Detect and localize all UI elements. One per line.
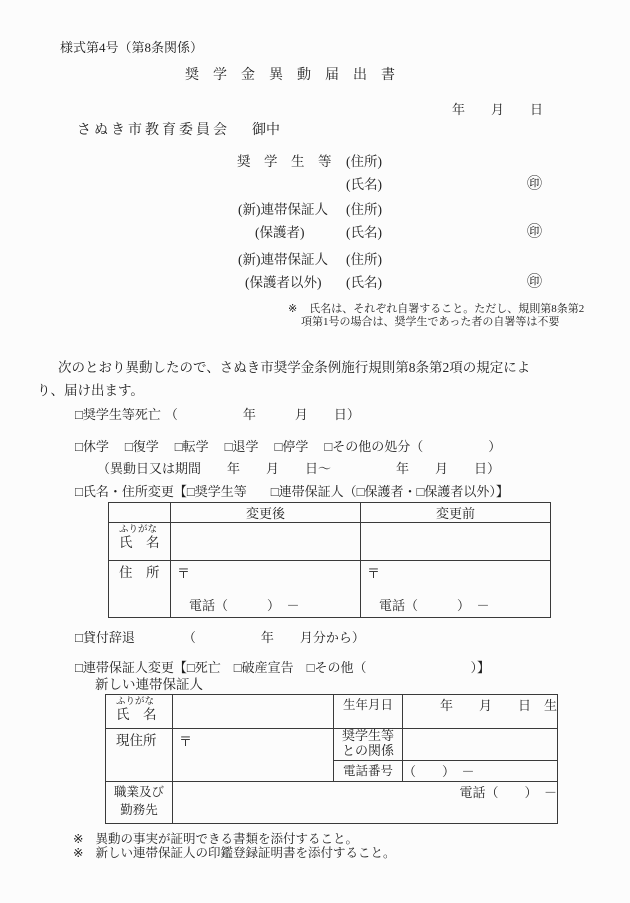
signature-note-line1: ※氏名は、それぞれ自署すること。ただし、規則第8条第2	[288, 303, 584, 317]
checkbox-parent[interactable]: □保護者	[357, 484, 404, 500]
addressee-honorific: 御中	[252, 122, 280, 140]
checkbox-icon: □	[125, 439, 133, 454]
new-guarantor-heading: 新しい連帯保証人	[95, 677, 203, 694]
dob-blanks-cell: 年 月 日 生	[403, 695, 558, 729]
bracket-open: 【	[174, 660, 187, 676]
guarantor-name-label-cell: ふりがな 氏 名	[106, 695, 173, 729]
postal-mark-icon: 〒	[367, 563, 380, 582]
checkbox-guarantor-death[interactable]: □死亡	[187, 660, 221, 676]
row-change-period: （異動日又は期間 年 月 日～ 年 月 日）	[97, 461, 500, 477]
loan-decline-blanks: （ 年 月分から）	[183, 630, 365, 646]
guarantor-other-blanks: （ ）】	[354, 660, 491, 676]
phone-after-blanks: 電話（ ） －	[189, 595, 300, 614]
note-marker: ※	[73, 832, 83, 846]
seal-icon: ㊞	[527, 273, 542, 292]
addressee: さぬき市教育委員会	[77, 122, 230, 140]
checkbox-icon: □	[187, 484, 195, 499]
form-number: 様式第4号（第8条関係）	[60, 40, 203, 56]
sig-address-label-3: (住所)	[346, 252, 382, 269]
relation-label-cell: 奨学生等 との関係	[334, 729, 403, 761]
phone-blanks-cell: （ ） －	[403, 761, 558, 782]
checkbox-non-parent[interactable]: □保護者以外	[417, 484, 490, 500]
change-table: 変更後 変更前 ふりがな 氏 名 住 所 〒 電話（ ） － 〒 電話（ ） －	[108, 502, 551, 618]
name-label: 氏 名	[106, 707, 172, 723]
sig-role-guarantor-new-1: (新)連帯保証人	[238, 202, 328, 219]
checkbox-transfer[interactable]: □転学	[175, 439, 209, 455]
current-address-input-cell: 〒	[173, 729, 334, 782]
row-student-death: □奨学生等死亡 （ 年 月 日）	[75, 407, 360, 423]
page-title: 奨 学 金 異 動 届 出 書	[185, 67, 395, 85]
col-header-after: 変更後	[171, 503, 361, 523]
checkbox-guarantor[interactable]: □連帯保証人	[271, 484, 344, 500]
new-guarantor-table: ふりがな 氏 名 生年月日 年 月 日 生 現住所 〒 奨学生等 との関係 電話…	[105, 694, 558, 824]
job-label-cell: 職業及び 勤務先	[106, 782, 173, 824]
checkbox-icon: □	[271, 484, 279, 499]
row-guarantor-change: □連帯保証人変更 【 □死亡 □破産宣告 □その他 （ ）】	[75, 660, 490, 676]
signature-note-line2: 項第1号の場合は、奨学生であった者の自署等は不要	[301, 316, 559, 330]
paren-close: ）】	[489, 484, 509, 500]
checkbox-bankruptcy[interactable]: □破産宣告	[234, 660, 294, 676]
checkbox-loan-decline[interactable]: □貸付辞退	[75, 630, 135, 646]
col-header-before: 変更前	[361, 503, 551, 523]
name-before-cell	[361, 523, 551, 561]
name-label-cell: ふりがな 氏 名	[109, 523, 171, 561]
checkbox-icon: □	[187, 660, 195, 675]
checkbox-return[interactable]: □復学	[125, 439, 159, 455]
checkbox-icon: □	[75, 407, 83, 422]
checkbox-guarantor-other[interactable]: □その他	[307, 660, 354, 676]
phone-before-blanks: 電話（ ） －	[379, 595, 490, 614]
bracket-open: 【	[174, 484, 187, 500]
address-before-cell: 〒 電話（ ） －	[361, 561, 551, 618]
date-blank-line: 年 月 日	[452, 102, 543, 118]
sig-address-label-2: (住所)	[346, 202, 382, 219]
seal-icon: ㊞	[527, 175, 542, 194]
address-after-cell: 〒 電話（ ） －	[171, 561, 361, 618]
sig-role-parent: (保護者)	[255, 225, 305, 242]
note-marker: ※	[73, 846, 83, 860]
change-table-corner-cell	[109, 503, 171, 523]
checkbox-other-disposition[interactable]: □その他の処分（ ）	[324, 439, 501, 455]
row-status-options: □休学 □復学 □転学 □退学 □停学 □その他の処分（ ）	[75, 439, 501, 455]
checkbox-icon: □	[175, 439, 183, 454]
checkbox-student-death[interactable]: □奨学生等死亡	[75, 407, 161, 423]
checkbox-icon: □	[234, 660, 242, 675]
declaration-line1: 次のとおり異動したので、さぬき市奨学金条例施行規則第8条第2項の規定によ	[58, 360, 530, 377]
guarantor-name-input-cell	[173, 695, 334, 729]
phone-label-cell: 電話番号	[334, 761, 403, 782]
job-phone-blanks-cell: 電話（ ） －	[173, 782, 558, 824]
sig-name-label-2: (氏名)	[346, 225, 382, 242]
row-loan-decline: □貸付辞退 （ 年 月分から）	[75, 630, 365, 646]
postal-mark-icon: 〒	[177, 563, 190, 582]
sig-role-guarantor-new-2: (新)連帯保証人	[238, 252, 328, 269]
checkbox-guarantor-change[interactable]: □連帯保証人変更	[75, 660, 174, 676]
row-name-address-change: □氏名・住所変更 【 □奨学生等 □連帯保証人 （ □保護者 ・ □保護者以外 …	[75, 484, 509, 500]
sig-name-label-1: (氏名)	[346, 177, 382, 194]
footnote-2: ※新しい連帯保証人の印鑑登録証明書を添付すること。	[73, 846, 396, 862]
dob-label-cell: 生年月日	[334, 695, 403, 729]
checkbox-icon: □	[75, 484, 83, 499]
checkbox-icon: □	[75, 439, 83, 454]
document-page: 様式第4号（第8条関係） 奨 学 金 異 動 届 出 書 年 月 日 さぬき市教…	[0, 0, 630, 903]
checkbox-leave[interactable]: □休学	[75, 439, 109, 455]
name-after-cell	[171, 523, 361, 561]
address-label-cell: 住 所	[109, 561, 171, 618]
furigana-label: ふりがな	[109, 523, 170, 535]
relation-input-cell	[403, 729, 558, 761]
postal-mark-icon: 〒	[179, 731, 192, 750]
checkbox-withdrawal[interactable]: □退学	[225, 439, 259, 455]
checkbox-icon: □	[75, 630, 83, 645]
sig-role-student: 奨 学 生 等	[237, 154, 332, 171]
checkbox-student[interactable]: □奨学生等	[187, 484, 247, 500]
sig-name-label-3: (氏名)	[346, 275, 382, 292]
checkbox-icon: □	[357, 484, 365, 499]
note-marker: ※	[288, 303, 297, 315]
furigana-label: ふりがな	[106, 695, 172, 707]
death-date-blanks: （ 年 月 日）	[165, 407, 360, 423]
checkbox-icon: □	[307, 660, 315, 675]
checkbox-suspension[interactable]: □停学	[275, 439, 309, 455]
checkbox-icon: □	[75, 660, 83, 675]
current-address-label-cell: 現住所	[106, 729, 173, 782]
paren-open: （	[344, 484, 357, 500]
name-label: 氏 名	[109, 535, 170, 551]
separator-dot: ・	[404, 484, 417, 500]
checkbox-name-address-change[interactable]: □氏名・住所変更	[75, 484, 174, 500]
sig-address-label-1: (住所)	[346, 154, 382, 171]
seal-icon: ㊞	[527, 223, 542, 242]
sig-role-non-parent: (保護者以外)	[245, 275, 322, 292]
declaration-line2: り、届け出ます。	[37, 383, 144, 400]
